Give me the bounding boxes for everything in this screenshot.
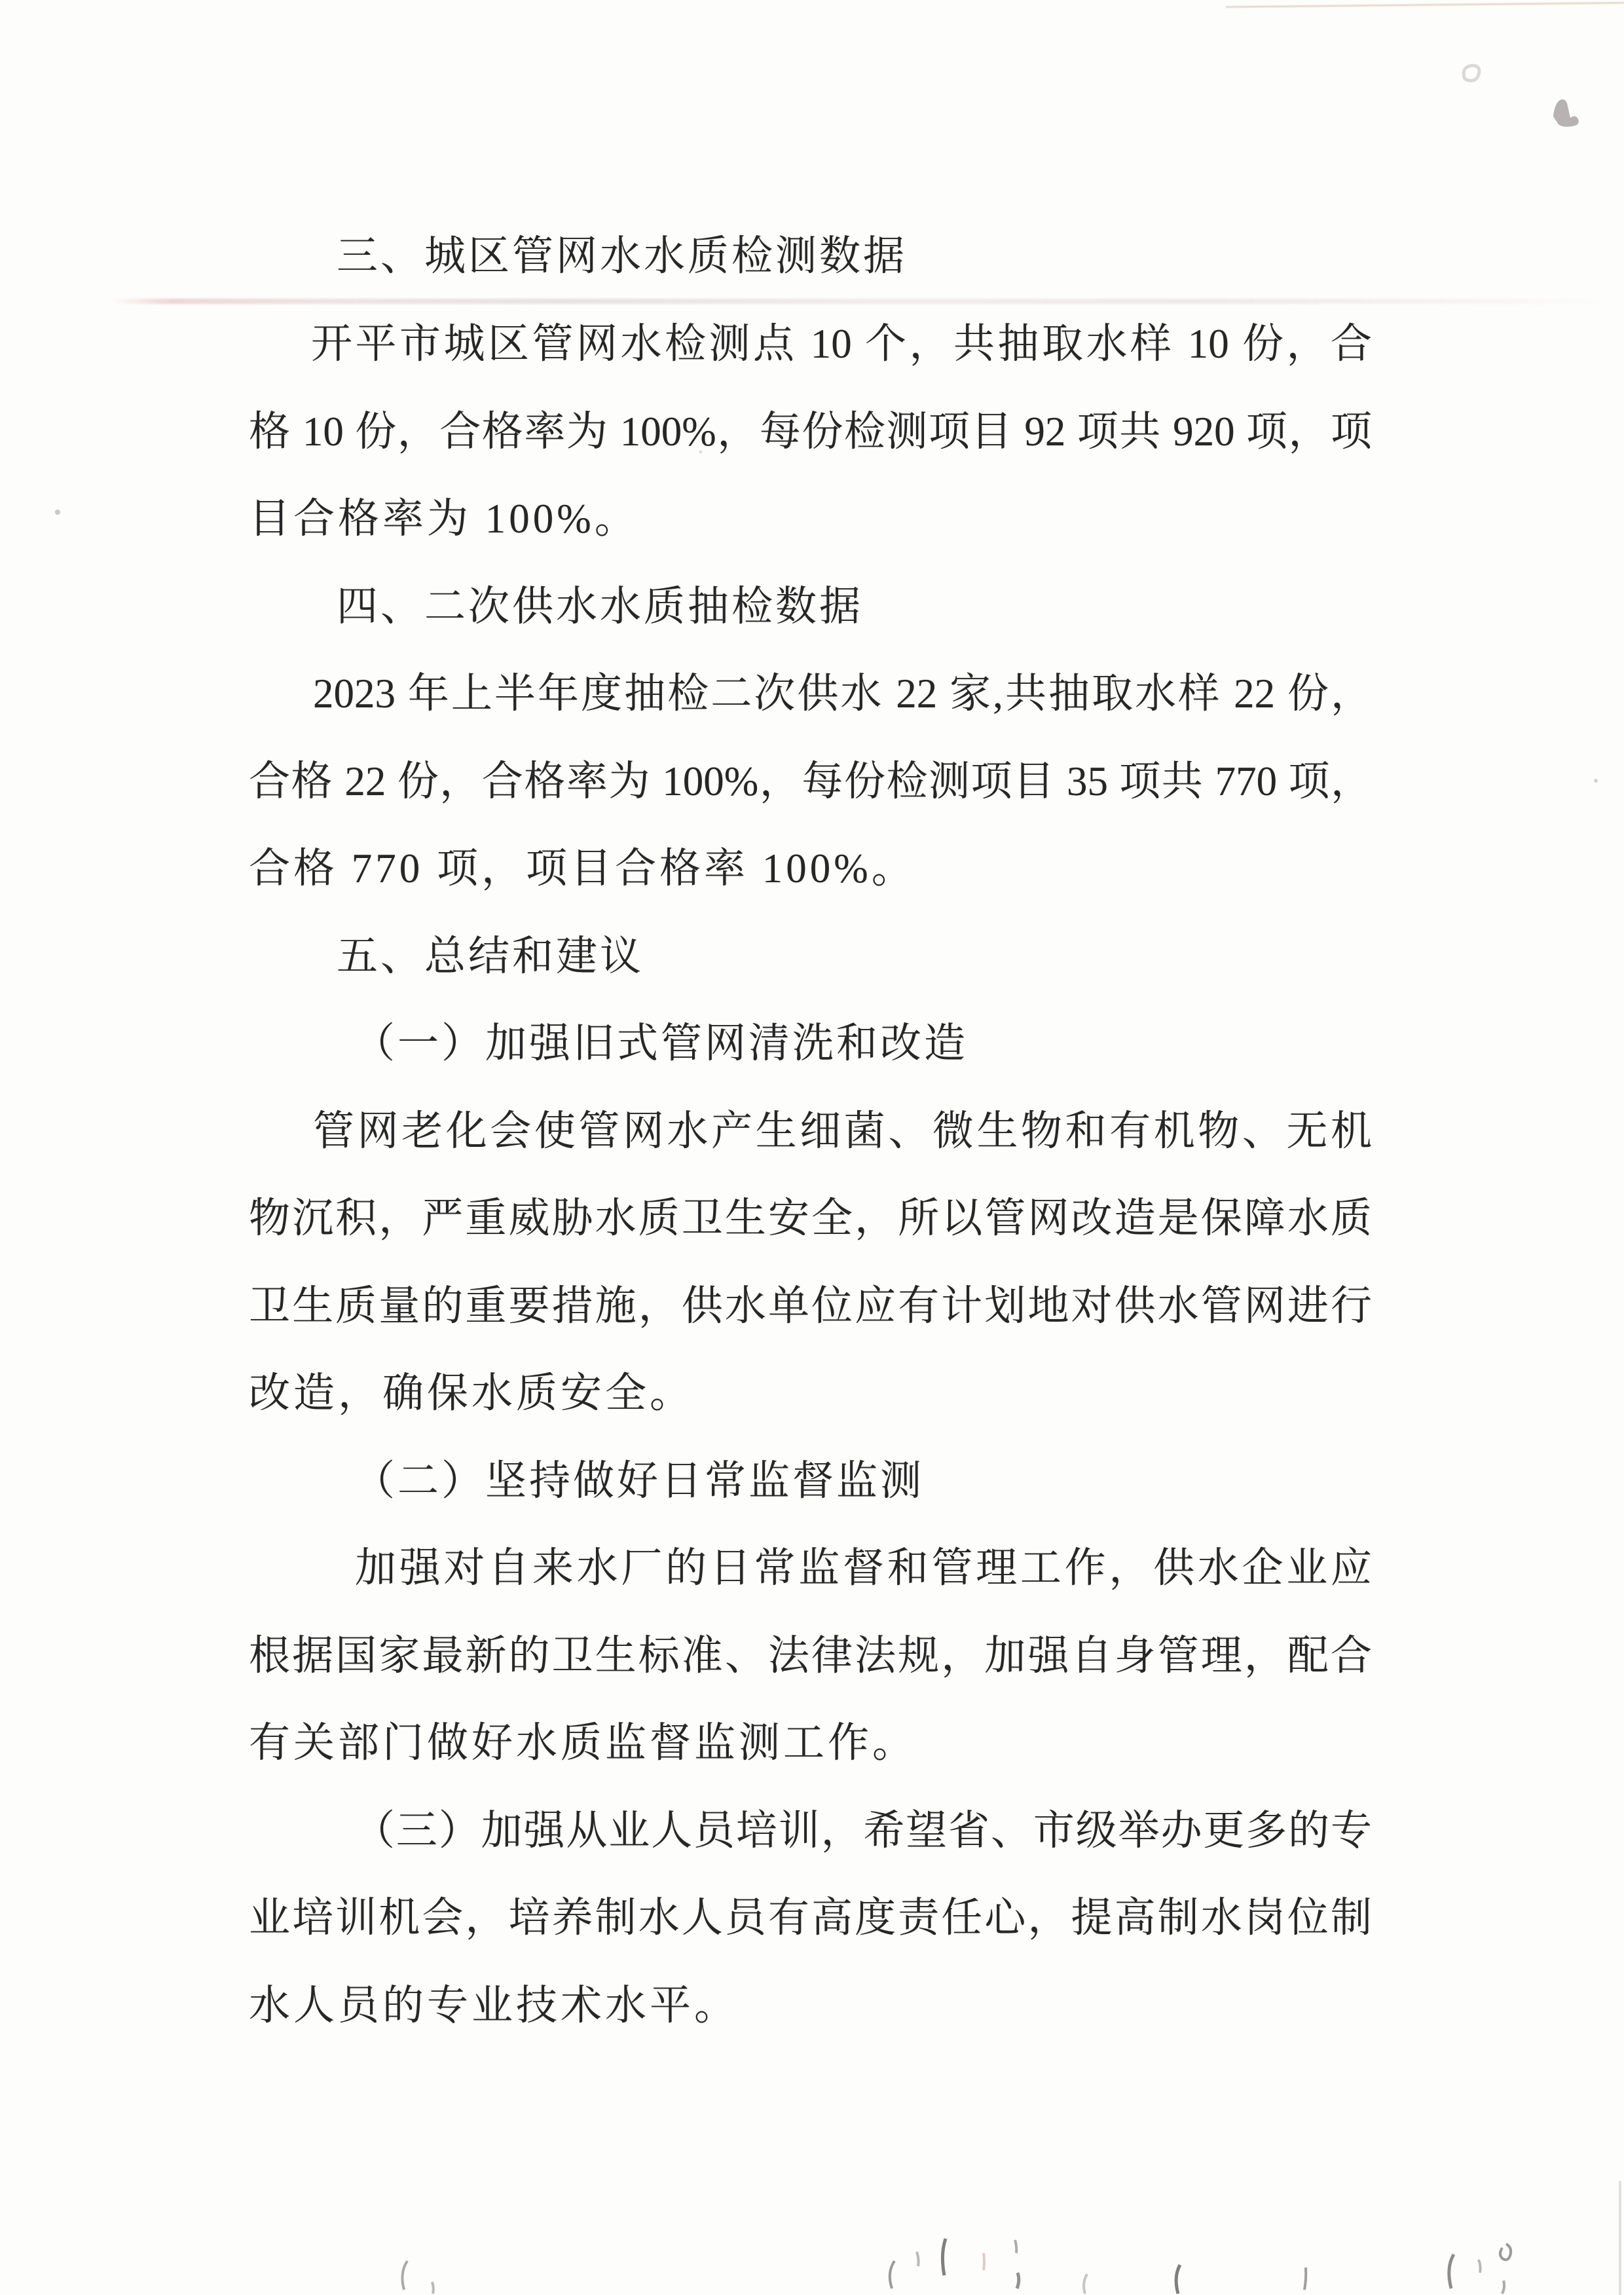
scan-mark-icon	[1500, 2244, 1511, 2260]
para-supervision-line-1: 加强对自来水厂的日常监督和管理工作，供水企业应	[355, 1544, 1372, 1592]
para-secondary-supply-line-2: 合格 22 份，合格率为 100%，每份检测项目 35 项共 770 项，	[249, 757, 1372, 806]
scan-mark-icon	[1017, 2273, 1019, 2288]
para-renovation-line-2: 物沉积，严重威胁水质卫生安全，所以管网改造是保障水质	[249, 1194, 1372, 1242]
scan-mark-icon	[1084, 2274, 1087, 2294]
heading-section-three: 三、城区管网水水质检测数据	[337, 232, 907, 280]
scan-mark-icon	[984, 2253, 984, 2270]
scan-mark-icon	[942, 2239, 946, 2275]
scan-edge-line-artifact	[1226, 2, 1624, 8]
para-renovation-line-3: 卫生质量的重要措施，供水单位应有计划地对供水管网进行	[249, 1282, 1372, 1330]
para-training-line-1: （三）加强从业人员培训，希望省、市级举办更多的专	[354, 1806, 1372, 1855]
para-renovation-line-4: 改造，确保水质安全。	[249, 1369, 694, 1417]
para-secondary-supply-line-1: 2023 年上半年度抽检二次供水 22 家,共抽取水样 22 份，	[313, 669, 1372, 718]
scan-mark-icon	[890, 2261, 895, 2288]
para-supervision-line-2: 根据国家最新的卫生标准、法律法规，加强自身管理，配合	[249, 1632, 1372, 1680]
para-renovation-line-1: 管网老化会使管网水产生细菌、微生物和有机物、无机	[313, 1107, 1372, 1155]
page-edge-shadow	[1619, 2181, 1621, 2295]
heading-section-four: 四、二次供水水质抽检数据	[337, 582, 863, 631]
scan-mark-icon	[1015, 2240, 1016, 2253]
scanned-document-page: 三、城区管网水水质检测数据 开平市城区管网水检测点 10 个，共抽取水样 10 …	[0, 0, 1624, 2295]
scan-mark-icon	[402, 2261, 407, 2290]
scan-mark-icon	[1176, 2265, 1180, 2294]
scan-mark-icon	[1449, 2254, 1454, 2288]
para-pipe-network-line-2: 格 10 份，合格率为 100%，每份检测项目 92 项共 920 项，项	[249, 407, 1372, 456]
para-training-line-3: 水人员的专业技术水平。	[249, 1981, 739, 2030]
smudge-icon	[1464, 65, 1479, 81]
para-supervision-line-3: 有关部门做好水质监督监测工作。	[249, 1719, 917, 1767]
speck-icon	[55, 510, 60, 515]
para-pipe-network-line-3: 目合格率为 100%。	[249, 494, 639, 543]
scan-mark-icon	[432, 2282, 434, 2294]
para-pipe-network-line-1: 开平市城区管网水检测点 10 个，共抽取水样 10 份，合	[311, 320, 1372, 368]
smudge-icon	[1553, 100, 1579, 127]
speck-icon	[1594, 779, 1598, 783]
subheading-one: （一）加强旧式管网清洗和改造	[354, 1019, 968, 1068]
scan-mark-icon	[1502, 2281, 1504, 2294]
para-training-line-2: 业培训机会，培养制水人员有高度责任心，提高制水岗位制	[249, 1894, 1372, 1942]
scan-mark-icon	[1304, 2267, 1306, 2290]
subheading-two: （二）坚持做好日常监督监测	[354, 1457, 924, 1505]
para-secondary-supply-line-3: 合格 770 项，项目合格率 100%。	[249, 844, 916, 893]
scanner-streak-artifact	[111, 299, 1617, 304]
heading-section-five: 五、总结和建议	[337, 932, 644, 980]
scan-mark-icon	[1479, 2260, 1481, 2273]
scan-mark-icon	[917, 2252, 919, 2266]
